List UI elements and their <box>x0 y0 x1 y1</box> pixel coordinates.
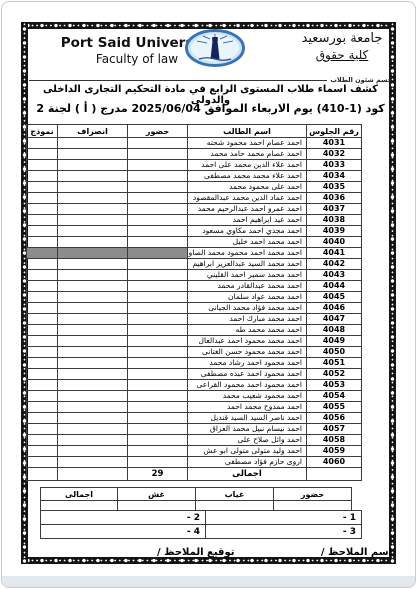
seat-number-cell: 4050 <box>307 347 362 358</box>
attendance-cell <box>128 347 188 358</box>
student-row: 4051احمد محمود احمد رشاد محمد <box>27 358 362 369</box>
form-cell <box>27 160 58 171</box>
student-row: 4033احمد علاء الدين محمد على احمد <box>27 160 362 171</box>
seat-number-cell: 4054 <box>307 391 362 402</box>
student-row: 4045احمد محمد عواد سلمان <box>27 292 362 303</box>
leave-cell <box>58 281 128 292</box>
form-cell <box>27 336 58 347</box>
seat-number-cell: 4037 <box>307 204 362 215</box>
leave-cell <box>58 435 128 446</box>
student-name-cell: احمد محمد سمير احمد القليني <box>188 270 307 281</box>
form-cell <box>27 358 58 369</box>
note-line-4: - 4 <box>41 525 206 539</box>
student-row: 4059احمد وليد متولى متولى ابو عش <box>27 446 362 457</box>
leave-cell <box>58 424 128 435</box>
totals-present-count-cell: 29 <box>128 468 188 481</box>
student-row: 4037احمد عمرو احمد عبدالرحيم محمد <box>27 204 362 215</box>
student-name-cell: احمد عصام احمد محمود شحته <box>188 138 307 149</box>
attendance-cell <box>128 226 188 237</box>
student-name-cell: احمد عيد ابراهيم احمد <box>188 215 307 226</box>
seat-number-cell: 4045 <box>307 292 362 303</box>
university-logo-icon <box>185 29 245 67</box>
leave-cell <box>58 138 128 149</box>
form-cell <box>27 270 58 281</box>
form-cell <box>27 193 58 204</box>
form-cell <box>27 248 58 259</box>
seat-number-cell: 4058 <box>307 435 362 446</box>
col-header-student-name: اسم الطالب <box>188 125 307 138</box>
summary-header-cheating: غش <box>118 488 196 501</box>
leave-cell <box>58 402 128 413</box>
seat-number-cell: 4052 <box>307 369 362 380</box>
student-name-cell: احمد علاء محمد محمد مصطفى <box>188 171 307 182</box>
attendance-cell <box>128 325 188 336</box>
seat-number-cell: 4040 <box>307 237 362 248</box>
student-row: 4038احمد عيد ابراهيم احمد <box>27 215 362 226</box>
seat-number-cell: 4046 <box>307 303 362 314</box>
document-header: Port Said University Faculty of law <box>29 29 392 76</box>
leave-cell <box>58 347 128 358</box>
student-name-cell: احمد على محمود محمد <box>188 182 307 193</box>
document-content: Port Said University Faculty of law <box>29 29 392 557</box>
seat-number-cell: 4048 <box>307 325 362 336</box>
student-row: 4032احمد عصام محمد حامد محمد <box>27 149 362 160</box>
attendance-table: رقم الجلوس اسم الطالب حضور انصراف نموذج … <box>26 124 362 481</box>
attendance-cell <box>128 457 188 468</box>
totals-empty-leave-cell <box>58 468 128 481</box>
student-row: 4035احمد على محمود محمد <box>27 182 362 193</box>
totals-row: اجمالى 29 <box>27 468 362 481</box>
document-page: Port Said University Faculty of law <box>1 1 416 588</box>
attendance-cell <box>128 424 188 435</box>
col-header-leave: انصراف <box>58 125 128 138</box>
leave-cell <box>58 413 128 424</box>
attendance-cell <box>128 281 188 292</box>
page-bottom-band <box>2 576 415 587</box>
leave-cell <box>58 325 128 336</box>
form-cell <box>27 380 58 391</box>
form-cell <box>27 424 58 435</box>
form-cell <box>27 314 58 325</box>
leave-cell <box>58 446 128 457</box>
student-name-cell: احمد محمد احمد محمود محمد الصاوي <box>188 248 307 259</box>
leave-cell <box>58 160 128 171</box>
student-name-cell: احمد محمد محمد طه <box>188 325 307 336</box>
leave-cell <box>58 391 128 402</box>
summary-header-row: حضور غياب غش اجمالى <box>41 488 352 501</box>
seat-number-cell: 4031 <box>307 138 362 149</box>
student-name-cell: احمد نيسام نبيل محمد العزاق <box>188 424 307 435</box>
form-cell <box>27 171 58 182</box>
leave-cell <box>58 380 128 391</box>
leave-cell <box>58 193 128 204</box>
student-row: 4041احمد محمد احمد محمود محمد الصاوي <box>27 248 362 259</box>
student-row: 4048احمد محمد محمد طه <box>27 325 362 336</box>
student-name-cell: احمد محمود احمد محمود القراعى <box>188 380 307 391</box>
leave-cell <box>58 358 128 369</box>
seat-number-cell: 4043 <box>307 270 362 281</box>
seat-number-cell: 4047 <box>307 314 362 325</box>
summary-cheating-cell <box>118 501 196 511</box>
form-cell <box>27 402 58 413</box>
seat-number-cell: 4059 <box>307 446 362 457</box>
note-line-2: - 2 <box>41 511 206 525</box>
university-title-ar: جامعة بورسعيد <box>292 31 392 46</box>
attendance-cell <box>128 303 188 314</box>
note-line-3: - 3 <box>206 525 362 539</box>
attendance-cell <box>128 446 188 457</box>
form-cell <box>27 413 58 424</box>
student-name-cell: احمد ناصر السيد السيد قنديل <box>188 413 307 424</box>
student-row: 4052احمد محمود احمد عبده مصطفى <box>27 369 362 380</box>
form-cell <box>27 149 58 160</box>
seat-number-cell: 4057 <box>307 424 362 435</box>
student-row: 4050احمد محمد محمود حسن الغتانى <box>27 347 362 358</box>
leave-cell <box>58 237 128 248</box>
student-name-cell: احمد محمود احمد رشاد محمد <box>188 358 307 369</box>
seat-number-cell: 4039 <box>307 226 362 237</box>
attendance-cell <box>128 149 188 160</box>
summary-table: حضور غياب غش اجمالى <box>40 487 352 511</box>
student-name-cell: احمد مجدي احمد مكاوي مسعود <box>188 226 307 237</box>
student-name-cell: احمد محمد مبارك احمد <box>188 314 307 325</box>
seat-number-cell: 4036 <box>307 193 362 204</box>
student-row: 4057احمد نيسام نبيل محمد العزاق <box>27 424 362 435</box>
leave-cell <box>58 149 128 160</box>
leave-cell <box>58 457 128 468</box>
student-row: 4058احمد وائل صلاح على <box>27 435 362 446</box>
seat-number-cell: 4042 <box>307 259 362 270</box>
col-header-form: نموذج <box>27 125 58 138</box>
attendance-cell <box>128 358 188 369</box>
attendance-cell <box>128 138 188 149</box>
sheet-subtitle: كود (1-410) يوم الاربعاء الموافق 2025/06… <box>29 102 392 115</box>
attendance-cell <box>128 237 188 248</box>
summary-header-total: اجمالى <box>41 488 118 501</box>
seat-number-cell: 4033 <box>307 160 362 171</box>
signature-footer: اسم الملاحظ / توقيع الملاحظ / <box>29 547 392 561</box>
form-cell <box>27 204 58 215</box>
form-cell <box>27 446 58 457</box>
leave-cell <box>58 259 128 270</box>
leave-cell <box>58 270 128 281</box>
leave-cell <box>58 171 128 182</box>
summary-present-cell <box>274 501 352 511</box>
form-cell <box>27 237 58 248</box>
summary-absent-cell <box>196 501 274 511</box>
student-name-cell: احمد عماد الدين محمد عبدالمقصود <box>188 193 307 204</box>
student-row: 4043احمد محمد سمير احمد القليني <box>27 270 362 281</box>
attendance-cell <box>128 204 188 215</box>
student-row: 4060اروى حازم فؤاد مصطفى <box>27 457 362 468</box>
seat-number-cell: 4034 <box>307 171 362 182</box>
attendance-cell <box>128 182 188 193</box>
department-label: قسم شئون الطلاب <box>327 76 392 84</box>
attendance-cell <box>128 391 188 402</box>
attendance-cell <box>128 380 188 391</box>
student-name-cell: احمد وليد متولى متولى ابو عش <box>188 446 307 457</box>
leave-cell <box>58 204 128 215</box>
student-row: 4042احمد محمد السيد عبدالعزيز ابراهيم <box>27 259 362 270</box>
form-cell <box>27 292 58 303</box>
summary-header-absent: غياب <box>196 488 274 501</box>
leave-cell <box>58 226 128 237</box>
leave-cell <box>58 369 128 380</box>
attendance-cell <box>128 369 188 380</box>
totals-empty-form-cell <box>27 468 58 481</box>
student-name-cell: احمد محمد فؤاد محمد الجيانى <box>188 303 307 314</box>
seat-number-cell: 4032 <box>307 149 362 160</box>
seat-number-cell: 4041 <box>307 248 362 259</box>
student-name-cell: احمد محمود شعيب محمد <box>188 391 307 402</box>
attendance-cell <box>128 413 188 424</box>
attendance-cell <box>128 193 188 204</box>
student-name-cell: اروى حازم فؤاد مصطفى <box>188 457 307 468</box>
attendance-cell <box>128 248 188 259</box>
notes-row-1: - 1 - 2 <box>41 511 362 525</box>
seat-number-cell: 4035 <box>307 182 362 193</box>
student-row: 4031احمد عصام احمد محمود شحته <box>27 138 362 149</box>
form-cell <box>27 457 58 468</box>
student-name-cell: احمد محمد احمد خليل <box>188 237 307 248</box>
notes-row-2: - 3 - 4 <box>41 525 362 539</box>
form-cell <box>27 226 58 237</box>
leave-cell <box>58 314 128 325</box>
student-name-cell: احمد محمد محمود احمد عبدالعال <box>188 336 307 347</box>
student-name-cell: احمد علاء الدين محمد على احمد <box>188 160 307 171</box>
leave-cell <box>58 215 128 226</box>
student-name-cell: احمد محمد السيد عبدالعزيز ابراهيم <box>188 259 307 270</box>
attendance-cell <box>128 402 188 413</box>
student-name-cell: احمد محمد محمود حسن الغتانى <box>188 347 307 358</box>
form-cell <box>27 215 58 226</box>
attendance-cell <box>128 435 188 446</box>
student-name-cell: احمد محمود احمد عبده مصطفى <box>188 369 307 380</box>
summary-empty-row <box>41 501 352 511</box>
observer-signature-label: توقيع الملاحظ / <box>157 547 235 558</box>
student-row: 4034احمد علاء محمد محمد مصطفى <box>27 171 362 182</box>
leave-cell <box>58 336 128 347</box>
student-row: 4054احمد محمود شعيب محمد <box>27 391 362 402</box>
faculty-title-ar: كلية حقوق <box>292 48 392 62</box>
seat-number-cell: 4051 <box>307 358 362 369</box>
seat-number-cell: 4055 <box>307 402 362 413</box>
col-header-seat-number: رقم الجلوس <box>307 125 362 138</box>
attendance-cell <box>128 314 188 325</box>
leave-cell <box>58 292 128 303</box>
seat-number-cell: 4056 <box>307 413 362 424</box>
notes-table: - 1 - 2 - 3 - 4 <box>40 510 362 539</box>
form-cell <box>27 303 58 314</box>
attendance-cell <box>128 160 188 171</box>
student-row: 4053احمد محمود احمد محمود القراعى <box>27 380 362 391</box>
student-name-cell: احمد محمد عبدالقادر محمد <box>188 281 307 292</box>
seat-number-cell: 4038 <box>307 215 362 226</box>
form-cell <box>27 138 58 149</box>
summary-total-cell <box>41 501 118 511</box>
student-row: 4046احمد محمد فؤاد محمد الجيانى <box>27 303 362 314</box>
seat-number-cell: 4060 <box>307 457 362 468</box>
attendance-cell <box>128 171 188 182</box>
form-cell <box>27 369 58 380</box>
form-cell <box>27 281 58 292</box>
table-header-row: رقم الجلوس اسم الطالب حضور انصراف نموذج <box>27 125 362 138</box>
attendance-cell <box>128 215 188 226</box>
divider-line <box>29 80 327 81</box>
student-name-cell: احمد وائل صلاح على <box>188 435 307 446</box>
form-cell <box>27 391 58 402</box>
leave-cell <box>58 303 128 314</box>
summary-header-present: حضور <box>274 488 352 501</box>
form-cell <box>27 435 58 446</box>
attendance-cell <box>128 292 188 303</box>
student-name-cell: احمد عمرو احمد عبدالرحيم محمد <box>188 204 307 215</box>
student-row: 4036احمد عماد الدين محمد عبدالمقصود <box>27 193 362 204</box>
student-row: 4044احمد محمد عبدالقادر محمد <box>27 281 362 292</box>
leave-cell <box>58 182 128 193</box>
attendance-cell <box>128 259 188 270</box>
form-cell <box>27 325 58 336</box>
student-row: 4055احمد ممدوح محمد احمد <box>27 402 362 413</box>
observer-name-label: اسم الملاحظ / <box>321 547 392 558</box>
attendance-cell <box>128 270 188 281</box>
decorative-border-top <box>21 22 396 29</box>
student-row: 4047احمد محمد مبارك احمد <box>27 314 362 325</box>
student-row: 4056احمد ناصر السيد السيد قنديل <box>27 413 362 424</box>
seat-number-cell: 4044 <box>307 281 362 292</box>
university-name-arabic: جامعة بورسعيد كلية حقوق <box>292 31 392 62</box>
form-cell <box>27 182 58 193</box>
student-name-cell: احمد محمد عواد سلمان <box>188 292 307 303</box>
form-cell <box>27 259 58 270</box>
col-header-attendance: حضور <box>128 125 188 138</box>
student-row: 4040احمد محمد احمد خليل <box>27 237 362 248</box>
student-table-body: 4031احمد عصام احمد محمود شحته4032احمد عص… <box>27 138 362 468</box>
student-row: 4049احمد محمد محمود احمد عبدالعال <box>27 336 362 347</box>
student-name-cell: احمد ممدوح محمد احمد <box>188 402 307 413</box>
attendance-cell <box>128 336 188 347</box>
form-cell <box>27 347 58 358</box>
department-divider: قسم شئون الطلاب <box>29 76 392 84</box>
leave-cell <box>58 248 128 259</box>
seat-number-cell: 4049 <box>307 336 362 347</box>
seat-number-cell: 4053 <box>307 380 362 391</box>
note-line-1: - 1 <box>206 511 362 525</box>
totals-label-cell: اجمالى <box>188 468 307 481</box>
totals-empty-seat-cell <box>307 468 362 481</box>
student-row: 4039احمد مجدي احمد مكاوي مسعود <box>27 226 362 237</box>
student-name-cell: احمد عصام محمد حامد محمد <box>188 149 307 160</box>
